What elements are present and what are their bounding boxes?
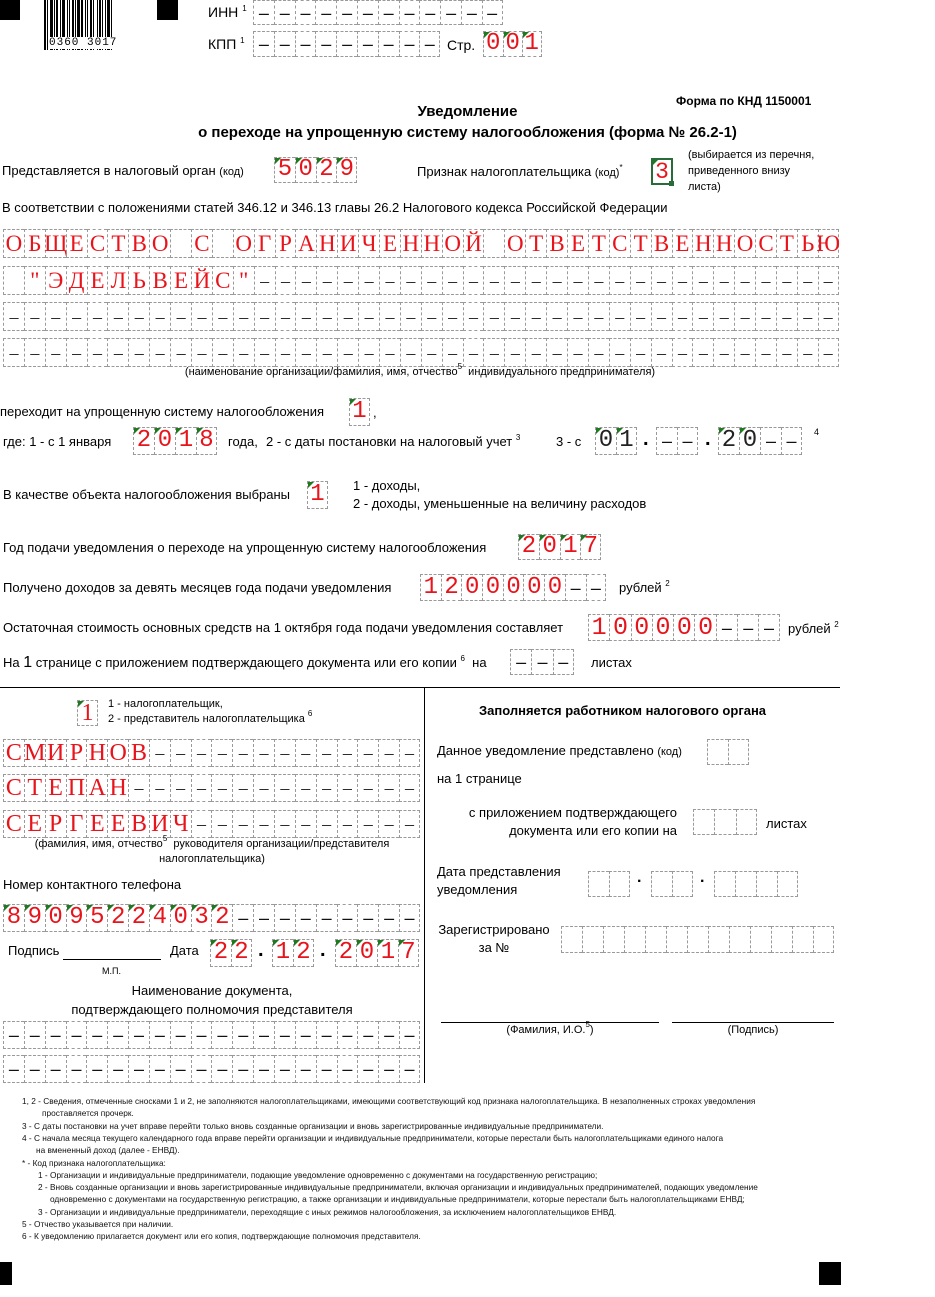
- input-cell[interactable]: 0: [694, 614, 715, 641]
- input-cell[interactable]: 1: [616, 427, 637, 455]
- input-cell[interactable]: 9: [24, 904, 45, 932]
- submission-code-field[interactable]: [707, 739, 749, 765]
- input-cell[interactable]: –: [553, 649, 574, 675]
- input-cell[interactable]: –: [107, 1055, 128, 1083]
- input-cell[interactable]: С: [3, 774, 24, 802]
- input-cell[interactable]: 2: [293, 939, 314, 967]
- input-cell[interactable]: –: [357, 1021, 378, 1049]
- input-cell[interactable]: Э: [45, 266, 66, 295]
- input-cell[interactable]: –: [419, 0, 440, 25]
- input-cell[interactable]: –: [211, 774, 232, 802]
- input-cell[interactable]: 1: [272, 939, 293, 967]
- input-cell[interactable]: И: [337, 229, 358, 258]
- input-cell[interactable]: –: [3, 302, 24, 331]
- input-cell[interactable]: Р: [66, 739, 87, 767]
- input-cell[interactable]: 0: [503, 574, 524, 601]
- input-cell[interactable]: Т: [525, 229, 546, 258]
- input-cell[interactable]: Т: [776, 229, 797, 258]
- input-cell[interactable]: 1: [349, 398, 370, 426]
- input-cell[interactable]: –: [233, 338, 254, 367]
- submission-date-year-field[interactable]: [714, 871, 798, 897]
- input-cell[interactable]: 9: [66, 904, 87, 932]
- input-cell[interactable]: Н: [316, 229, 337, 258]
- input-cell[interactable]: –: [586, 574, 607, 601]
- input-cell[interactable]: Е: [379, 229, 400, 258]
- signer-type-field[interactable]: 1: [77, 700, 98, 726]
- input-cell[interactable]: –: [316, 266, 337, 295]
- input-cell[interactable]: М: [24, 739, 45, 767]
- input-cell[interactable]: [3, 266, 24, 295]
- input-cell[interactable]: Л: [107, 266, 128, 295]
- input-cell[interactable]: –: [295, 904, 316, 932]
- input-cell[interactable]: –: [107, 338, 128, 367]
- input-cell[interactable]: –: [254, 338, 275, 367]
- input-cell[interactable]: –: [378, 1055, 399, 1083]
- input-cell[interactable]: –: [337, 904, 358, 932]
- input-cell[interactable]: –: [295, 0, 316, 25]
- input-cell[interactable]: –: [546, 338, 567, 367]
- input-cell[interactable]: 0: [45, 904, 66, 932]
- input-cell[interactable]: И: [45, 739, 66, 767]
- input-cell[interactable]: Ь: [128, 266, 149, 295]
- input-cell[interactable]: 1: [588, 614, 609, 641]
- input-cell[interactable]: [708, 926, 729, 953]
- input-cell[interactable]: Н: [400, 229, 421, 258]
- input-cell[interactable]: А: [295, 229, 316, 258]
- input-cell[interactable]: В: [149, 266, 170, 295]
- input-cell[interactable]: [588, 871, 609, 897]
- input-cell[interactable]: –: [399, 1021, 420, 1049]
- input-cell[interactable]: –: [357, 1055, 378, 1083]
- input-cell[interactable]: –: [149, 338, 170, 367]
- input-cell[interactable]: С: [755, 229, 776, 258]
- input-cell[interactable]: Д: [66, 266, 87, 295]
- input-cell[interactable]: Ь: [797, 229, 818, 258]
- input-cell[interactable]: –: [274, 0, 295, 25]
- input-cell[interactable]: –: [315, 0, 336, 25]
- input-cell[interactable]: –: [24, 302, 45, 331]
- input-cell[interactable]: –: [400, 302, 421, 331]
- input-cell[interactable]: –: [316, 774, 337, 802]
- transition-date-year-field[interactable]: 20––: [718, 427, 802, 455]
- input-cell[interactable]: –: [337, 266, 358, 295]
- input-cell[interactable]: [813, 926, 834, 953]
- phone-field[interactable]: 89095224032–––––––––: [3, 904, 420, 932]
- input-cell[interactable]: Е: [45, 774, 66, 802]
- input-cell[interactable]: –: [337, 1055, 358, 1083]
- input-cell[interactable]: –: [588, 266, 609, 295]
- input-cell[interactable]: 9: [336, 157, 357, 183]
- input-cell[interactable]: –: [128, 1021, 149, 1049]
- sign-date-day-field[interactable]: 22: [210, 939, 252, 967]
- input-cell[interactable]: –: [170, 774, 191, 802]
- input-cell[interactable]: С: [3, 739, 24, 767]
- input-cell[interactable]: [792, 926, 813, 953]
- input-cell[interactable]: –: [378, 739, 399, 767]
- input-cell[interactable]: –: [232, 810, 253, 838]
- input-cell[interactable]: –: [760, 427, 781, 455]
- input-cell[interactable]: –: [400, 266, 421, 295]
- input-cell[interactable]: –: [191, 302, 212, 331]
- input-cell[interactable]: –: [337, 739, 358, 767]
- input-cell[interactable]: –: [316, 1055, 337, 1083]
- input-cell[interactable]: –: [212, 302, 233, 331]
- input-cell[interactable]: –: [609, 266, 630, 295]
- input-cell[interactable]: –: [232, 1055, 253, 1083]
- input-cell[interactable]: –: [253, 739, 274, 767]
- tax-object-field[interactable]: 1: [307, 481, 328, 509]
- input-cell[interactable]: –: [336, 0, 357, 25]
- input-cell[interactable]: 0: [544, 574, 565, 601]
- input-cell[interactable]: 1: [420, 574, 441, 601]
- page-number-field[interactable]: 001: [483, 31, 542, 57]
- input-cell[interactable]: [736, 809, 757, 835]
- input-cell[interactable]: 2: [211, 904, 232, 932]
- input-cell[interactable]: 0: [739, 427, 760, 455]
- input-cell[interactable]: 3: [191, 904, 212, 932]
- input-cell[interactable]: –: [797, 266, 818, 295]
- input-cell[interactable]: –: [755, 266, 776, 295]
- input-cell[interactable]: [735, 871, 756, 897]
- input-cell[interactable]: –: [546, 266, 567, 295]
- input-cell[interactable]: –: [170, 1055, 191, 1083]
- input-cell[interactable]: –: [677, 427, 698, 455]
- input-cell[interactable]: 1: [560, 534, 581, 560]
- input-cell[interactable]: –: [567, 338, 588, 367]
- input-cell[interactable]: –: [253, 1021, 274, 1049]
- input-cell[interactable]: –: [776, 338, 797, 367]
- first-name-field[interactable]: СТЕПАН––––––––––––––: [3, 774, 420, 802]
- input-cell[interactable]: –: [107, 1021, 128, 1049]
- input-cell[interactable]: Т: [630, 229, 651, 258]
- officer-signature-line[interactable]: [672, 1022, 834, 1023]
- input-cell[interactable]: –: [295, 302, 316, 331]
- input-cell[interactable]: –: [716, 614, 737, 641]
- input-cell[interactable]: [728, 739, 749, 765]
- input-cell[interactable]: –: [440, 0, 461, 25]
- input-cell[interactable]: –: [358, 302, 379, 331]
- input-cell[interactable]: 1: [77, 700, 98, 726]
- input-cell[interactable]: –: [45, 1021, 66, 1049]
- input-cell[interactable]: –: [565, 574, 586, 601]
- input-cell[interactable]: –: [316, 739, 337, 767]
- input-cell[interactable]: –: [211, 739, 232, 767]
- input-cell[interactable]: –: [419, 31, 440, 57]
- input-cell[interactable]: Е: [672, 229, 693, 258]
- input-cell[interactable]: [170, 229, 191, 258]
- input-cell[interactable]: 2: [718, 427, 739, 455]
- input-cell[interactable]: –: [274, 1021, 295, 1049]
- input-cell[interactable]: –: [630, 302, 651, 331]
- input-cell[interactable]: –: [609, 302, 630, 331]
- input-cell[interactable]: [603, 926, 624, 953]
- representative-doc-row-2[interactable]: ––––––––––––––––––––: [3, 1055, 420, 1083]
- input-cell[interactable]: –: [254, 266, 275, 295]
- input-cell[interactable]: –: [191, 338, 212, 367]
- input-cell[interactable]: Е: [567, 229, 588, 258]
- input-cell[interactable]: Е: [24, 810, 45, 838]
- input-cell[interactable]: –: [651, 338, 672, 367]
- input-cell[interactable]: –: [254, 302, 275, 331]
- input-cell[interactable]: –: [45, 1055, 66, 1083]
- input-cell[interactable]: –: [337, 338, 358, 367]
- input-cell[interactable]: –: [797, 338, 818, 367]
- input-cell[interactable]: [609, 871, 630, 897]
- input-cell[interactable]: –: [525, 302, 546, 331]
- input-cell[interactable]: –: [274, 31, 295, 57]
- input-cell[interactable]: 2: [133, 427, 154, 455]
- input-cell[interactable]: –: [357, 31, 378, 57]
- input-cell[interactable]: –: [358, 266, 379, 295]
- input-cell[interactable]: –: [275, 338, 296, 367]
- input-cell[interactable]: О: [442, 229, 463, 258]
- input-cell[interactable]: –: [275, 266, 296, 295]
- input-cell[interactable]: –: [295, 338, 316, 367]
- input-cell[interactable]: –: [274, 904, 295, 932]
- input-cell[interactable]: ": [24, 266, 45, 295]
- input-cell[interactable]: Й: [463, 229, 484, 258]
- input-cell[interactable]: –: [253, 774, 274, 802]
- input-cell[interactable]: –: [3, 338, 24, 367]
- input-cell[interactable]: –: [170, 302, 191, 331]
- input-cell[interactable]: Ч: [170, 810, 191, 838]
- input-cell[interactable]: 0: [609, 614, 630, 641]
- input-cell[interactable]: 0: [539, 534, 560, 560]
- input-cell[interactable]: –: [337, 1021, 358, 1049]
- input-cell[interactable]: –: [758, 614, 779, 641]
- input-cell[interactable]: Й: [191, 266, 212, 295]
- sign-date-month-field[interactable]: 12: [272, 939, 314, 967]
- input-cell[interactable]: [483, 229, 504, 258]
- input-cell[interactable]: –: [421, 302, 442, 331]
- input-cell[interactable]: 2: [210, 939, 231, 967]
- input-cell[interactable]: 0: [154, 427, 175, 455]
- input-cell[interactable]: Г: [254, 229, 275, 258]
- office-attachment-sheets-field[interactable]: [693, 809, 757, 835]
- input-cell[interactable]: О: [149, 229, 170, 258]
- sign-date-year-field[interactable]: 2017: [335, 939, 419, 967]
- input-cell[interactable]: –: [818, 302, 839, 331]
- input-cell[interactable]: В: [546, 229, 567, 258]
- input-cell[interactable]: 2: [316, 157, 337, 183]
- taxpayer-sign-field[interactable]: 3: [651, 158, 673, 185]
- input-cell[interactable]: –: [191, 1055, 212, 1083]
- input-cell[interactable]: –: [378, 31, 399, 57]
- input-cell[interactable]: –: [66, 1021, 87, 1049]
- input-cell[interactable]: –: [315, 31, 336, 57]
- input-cell[interactable]: 4: [149, 904, 170, 932]
- input-cell[interactable]: –: [776, 266, 797, 295]
- input-cell[interactable]: –: [463, 338, 484, 367]
- input-cell[interactable]: –: [400, 338, 421, 367]
- input-cell[interactable]: –: [295, 810, 316, 838]
- input-cell[interactable]: –: [357, 739, 378, 767]
- input-cell[interactable]: –: [337, 810, 358, 838]
- input-cell[interactable]: [750, 926, 771, 953]
- input-cell[interactable]: Т: [24, 774, 45, 802]
- input-cell[interactable]: –: [442, 266, 463, 295]
- input-cell[interactable]: –: [211, 810, 232, 838]
- input-cell[interactable]: Щ: [45, 229, 66, 258]
- input-cell[interactable]: –: [421, 266, 442, 295]
- input-cell[interactable]: 0: [461, 574, 482, 601]
- input-cell[interactable]: 0: [170, 904, 191, 932]
- input-cell[interactable]: Р: [45, 810, 66, 838]
- input-cell[interactable]: –: [651, 266, 672, 295]
- input-cell[interactable]: 8: [3, 904, 24, 932]
- input-cell[interactable]: –: [463, 302, 484, 331]
- input-cell[interactable]: –: [66, 338, 87, 367]
- input-cell[interactable]: 2: [518, 534, 539, 560]
- input-cell[interactable]: Т: [588, 229, 609, 258]
- input-cell[interactable]: [777, 871, 798, 897]
- input-cell[interactable]: –: [504, 338, 525, 367]
- input-cell[interactable]: –: [316, 810, 337, 838]
- input-cell[interactable]: –: [781, 427, 802, 455]
- input-cell[interactable]: –: [483, 266, 504, 295]
- input-cell[interactable]: –: [399, 904, 420, 932]
- input-cell[interactable]: –: [734, 302, 755, 331]
- input-cell[interactable]: Ч: [358, 229, 379, 258]
- input-cell[interactable]: –: [295, 266, 316, 295]
- input-cell[interactable]: –: [379, 302, 400, 331]
- input-cell[interactable]: –: [170, 739, 191, 767]
- input-cell[interactable]: [645, 926, 666, 953]
- input-cell[interactable]: –: [149, 1055, 170, 1083]
- input-cell[interactable]: –: [170, 1021, 191, 1049]
- input-cell[interactable]: –: [232, 739, 253, 767]
- input-cell[interactable]: –: [672, 338, 693, 367]
- input-cell[interactable]: [651, 871, 672, 897]
- input-cell[interactable]: –: [588, 302, 609, 331]
- input-cell[interactable]: –: [818, 338, 839, 367]
- input-cell[interactable]: –: [399, 810, 420, 838]
- input-cell[interactable]: –: [378, 774, 399, 802]
- input-cell[interactable]: –: [692, 338, 713, 367]
- input-cell[interactable]: –: [399, 739, 420, 767]
- input-cell[interactable]: –: [630, 266, 651, 295]
- input-cell[interactable]: –: [525, 338, 546, 367]
- input-cell[interactable]: –: [755, 302, 776, 331]
- input-cell[interactable]: –: [253, 904, 274, 932]
- input-cell[interactable]: –: [149, 302, 170, 331]
- input-cell[interactable]: –: [316, 904, 337, 932]
- input-cell[interactable]: –: [609, 338, 630, 367]
- input-cell[interactable]: –: [510, 649, 531, 675]
- input-cell[interactable]: –: [399, 1055, 420, 1083]
- input-cell[interactable]: –: [295, 739, 316, 767]
- input-cell[interactable]: –: [253, 1055, 274, 1083]
- input-cell[interactable]: [624, 926, 645, 953]
- input-cell[interactable]: –: [692, 266, 713, 295]
- input-cell[interactable]: –: [274, 774, 295, 802]
- input-cell[interactable]: 7: [580, 534, 601, 560]
- input-cell[interactable]: Р: [275, 229, 296, 258]
- input-cell[interactable]: –: [734, 266, 755, 295]
- input-cell[interactable]: –: [211, 1055, 232, 1083]
- input-cell[interactable]: С: [191, 229, 212, 258]
- input-cell[interactable]: 0: [295, 157, 316, 183]
- input-cell[interactable]: [714, 809, 735, 835]
- input-cell[interactable]: –: [442, 302, 463, 331]
- input-cell[interactable]: 5: [86, 904, 107, 932]
- input-cell[interactable]: –: [253, 31, 274, 57]
- attachment-sheets-field[interactable]: –––: [510, 649, 574, 675]
- input-cell[interactable]: –: [713, 302, 734, 331]
- input-cell[interactable]: Т: [107, 229, 128, 258]
- input-cell[interactable]: –: [316, 302, 337, 331]
- input-cell[interactable]: –: [483, 338, 504, 367]
- input-cell[interactable]: О: [734, 229, 755, 258]
- input-cell[interactable]: –: [357, 810, 378, 838]
- input-cell[interactable]: 0: [673, 614, 694, 641]
- input-cell[interactable]: –: [379, 266, 400, 295]
- input-cell[interactable]: –: [191, 774, 212, 802]
- input-cell[interactable]: Н: [713, 229, 734, 258]
- input-cell[interactable]: –: [737, 614, 758, 641]
- input-cell[interactable]: С: [3, 810, 24, 838]
- input-cell[interactable]: [666, 926, 687, 953]
- input-cell[interactable]: –: [337, 302, 358, 331]
- input-cell[interactable]: –: [316, 1021, 337, 1049]
- transition-option-field[interactable]: 1: [349, 398, 370, 426]
- input-cell[interactable]: [672, 871, 693, 897]
- input-cell[interactable]: –: [461, 0, 482, 25]
- input-cell[interactable]: –: [66, 1055, 87, 1083]
- representative-doc-row-1[interactable]: ––––––––––––––––––––: [3, 1021, 420, 1049]
- input-cell[interactable]: [756, 871, 777, 897]
- input-cell[interactable]: В: [651, 229, 672, 258]
- input-cell[interactable]: –: [128, 338, 149, 367]
- input-cell[interactable]: –: [399, 774, 420, 802]
- input-cell[interactable]: [771, 926, 792, 953]
- input-cell[interactable]: –: [211, 1021, 232, 1049]
- input-cell[interactable]: 2: [441, 574, 462, 601]
- input-cell[interactable]: –: [797, 302, 818, 331]
- input-cell[interactable]: –: [567, 302, 588, 331]
- input-cell[interactable]: [582, 926, 603, 953]
- organization-name-row[interactable]: ––––––––––––––––––––––––––––––––––––––––: [3, 338, 839, 367]
- input-cell[interactable]: –: [504, 266, 525, 295]
- residual-value-field[interactable]: 100000–––: [588, 614, 780, 641]
- input-cell[interactable]: –: [651, 302, 672, 331]
- input-cell[interactable]: –: [483, 302, 504, 331]
- input-cell[interactable]: –: [399, 0, 420, 25]
- input-cell[interactable]: –: [672, 266, 693, 295]
- registration-number-field[interactable]: [561, 926, 834, 953]
- surname-field[interactable]: СМИРНОВ–––––––––––––: [3, 739, 420, 767]
- input-cell[interactable]: –: [588, 338, 609, 367]
- input-cell[interactable]: Б: [24, 229, 45, 258]
- input-cell[interactable]: –: [191, 810, 212, 838]
- input-cell[interactable]: –: [232, 1021, 253, 1049]
- input-cell[interactable]: –: [128, 774, 149, 802]
- input-cell[interactable]: –: [713, 338, 734, 367]
- input-cell[interactable]: –: [734, 338, 755, 367]
- input-cell[interactable]: –: [357, 774, 378, 802]
- input-cell[interactable]: –: [630, 338, 651, 367]
- input-cell[interactable]: –: [128, 1055, 149, 1083]
- input-cell[interactable]: –: [567, 266, 588, 295]
- input-cell[interactable]: –: [399, 31, 420, 57]
- input-cell[interactable]: –: [378, 0, 399, 25]
- input-cell[interactable]: –: [656, 427, 677, 455]
- input-cell[interactable]: –: [295, 1021, 316, 1049]
- input-cell[interactable]: –: [818, 266, 839, 295]
- input-cell[interactable]: –: [233, 302, 254, 331]
- input-cell[interactable]: –: [531, 649, 552, 675]
- input-cell[interactable]: [693, 809, 714, 835]
